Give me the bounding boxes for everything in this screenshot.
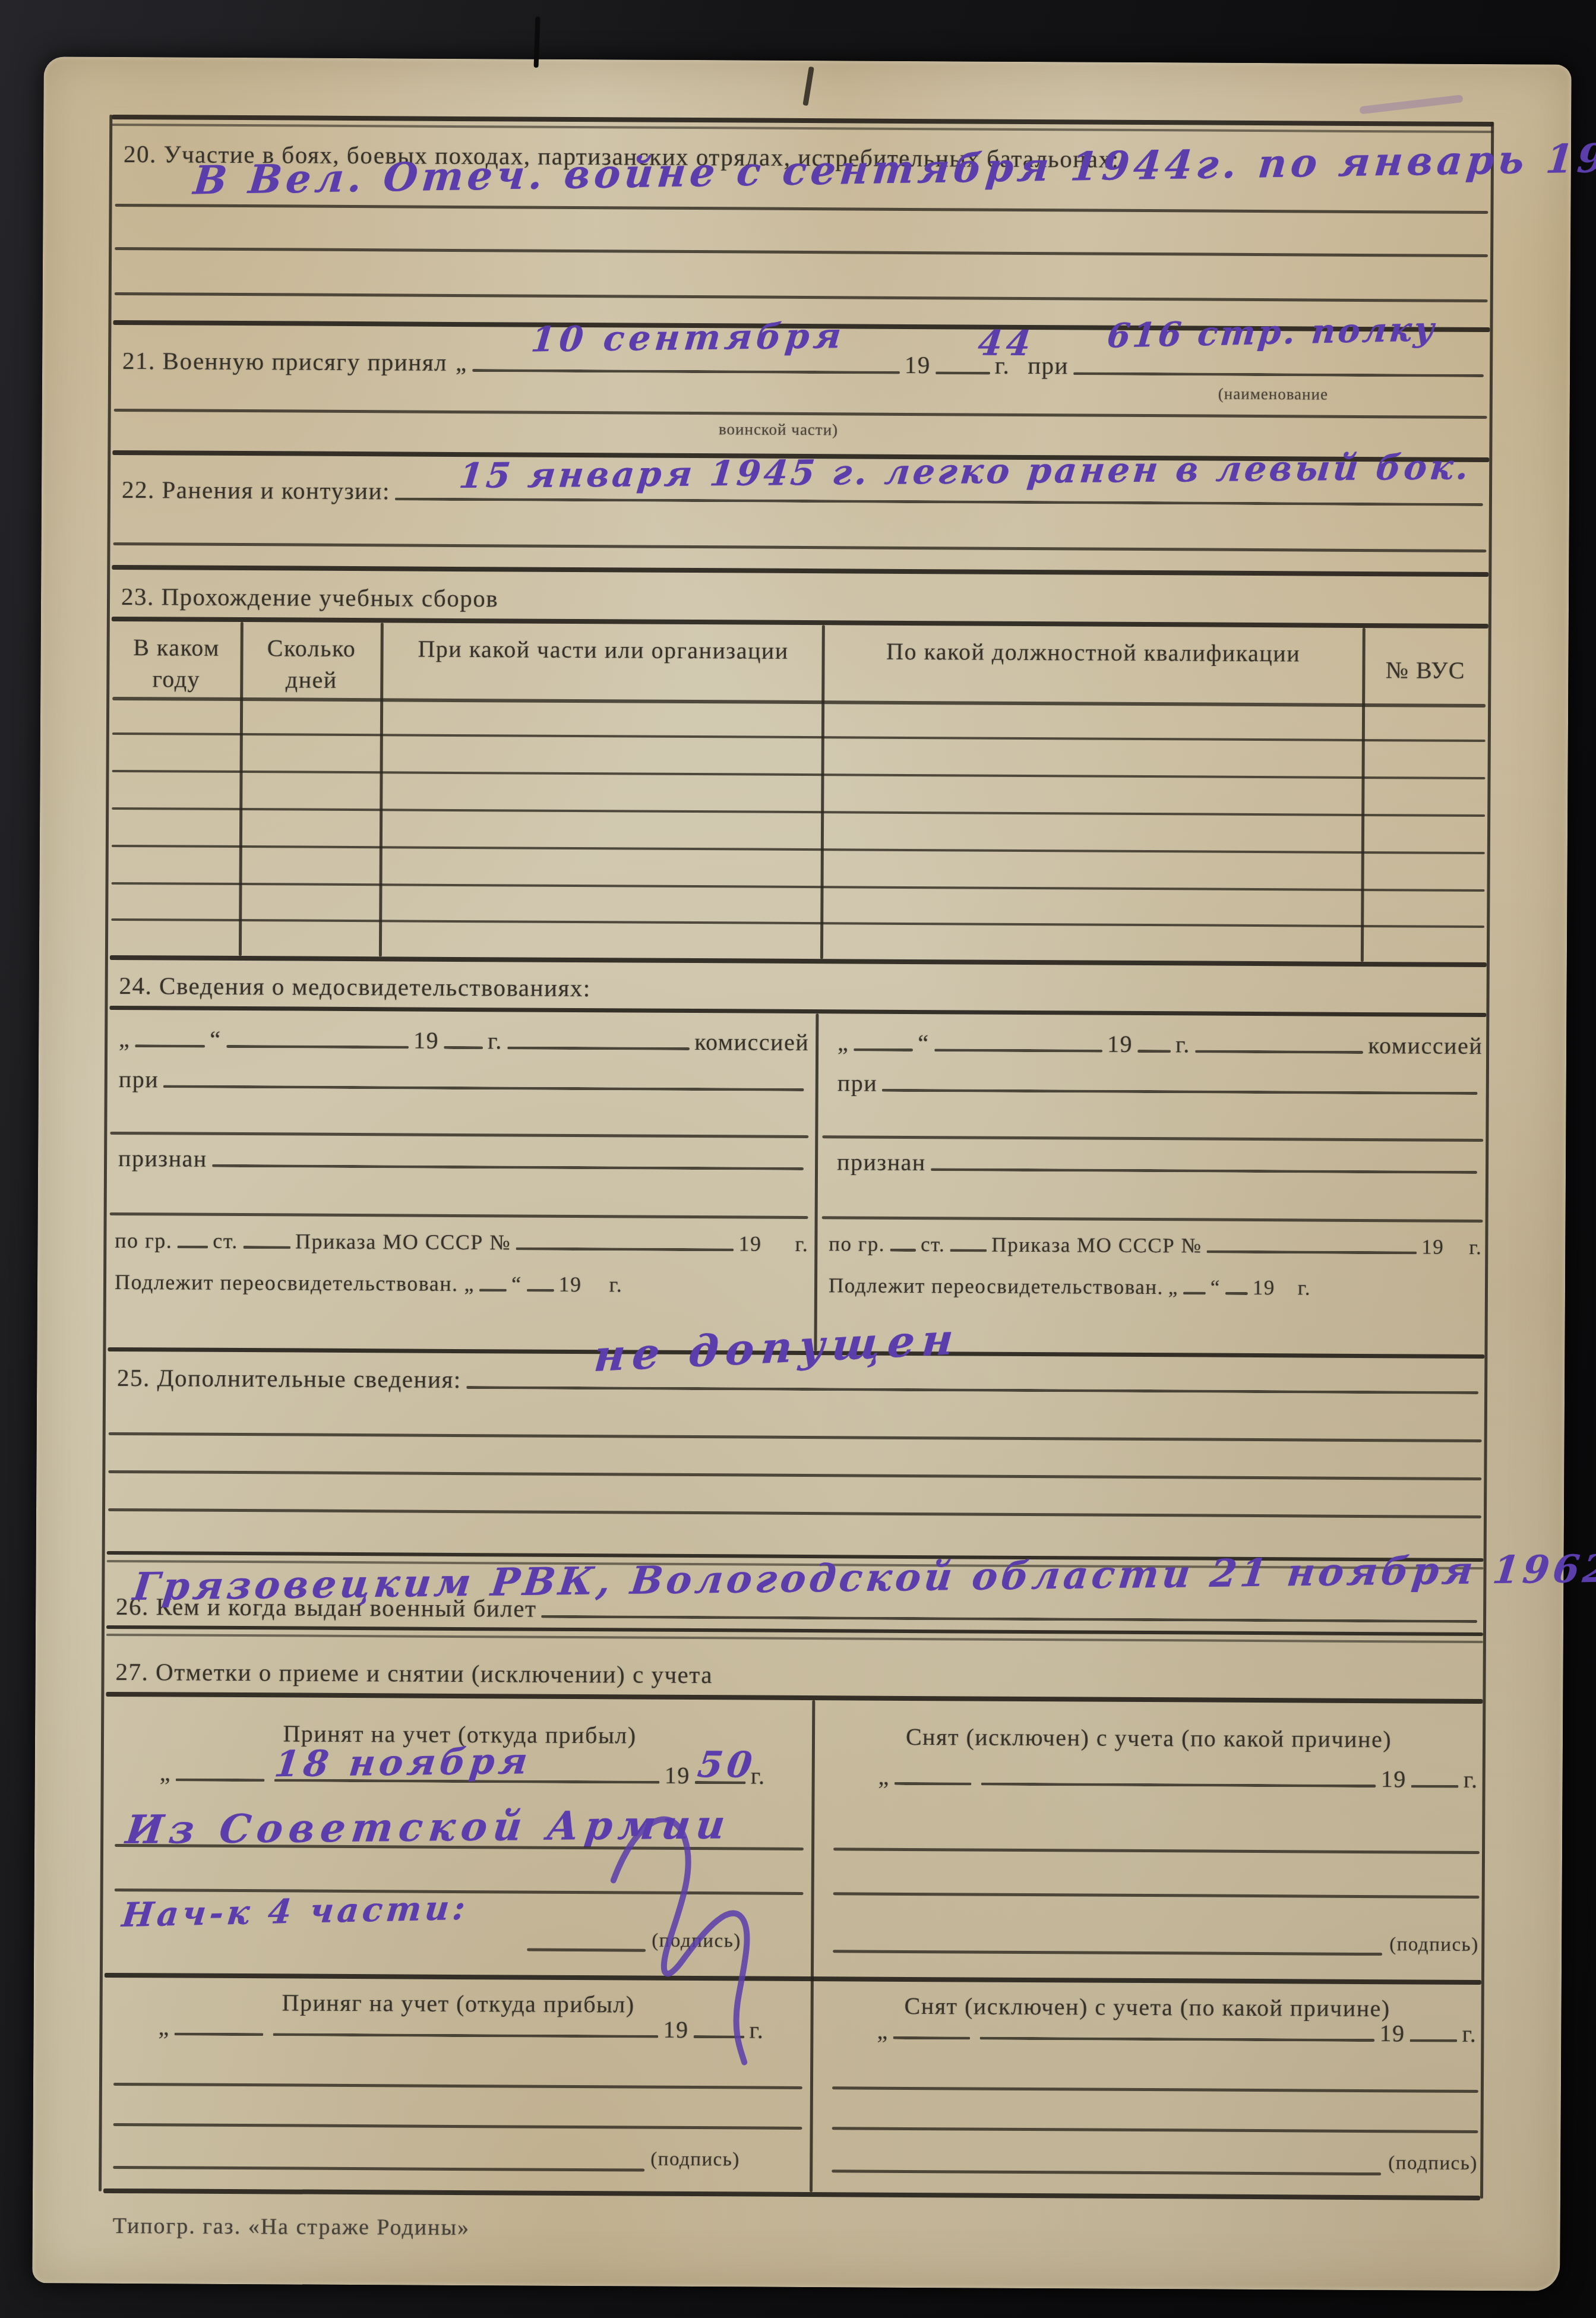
open-quote: „ <box>877 2017 889 2045</box>
accept-row1-year-handwritten: 50 <box>696 1744 759 1786</box>
fill-line <box>176 1779 265 1782</box>
fill-line <box>516 1247 734 1251</box>
close-quote: “ <box>1211 1276 1221 1300</box>
commission-label: комиссией <box>694 1028 809 1056</box>
fill-line <box>175 2033 264 2036</box>
open-quote: „ <box>464 1272 475 1297</box>
ruled-line <box>833 1892 1480 1899</box>
med-right-reexam-line: Подлежит переосвидетельствован. „ “ 19 г… <box>829 1274 1482 1301</box>
remove-row1-date-line: „ 19 г. <box>878 1763 1478 1794</box>
section-23-label: 23. Прохождение учебных сборов <box>121 583 498 612</box>
open-quote: „ <box>160 1759 172 1786</box>
year-prefix: 19 <box>558 1272 581 1297</box>
prikaz-label: Приказа МО СССР № <box>991 1233 1202 1258</box>
section-divider-rule-2 <box>106 1634 1483 1643</box>
fill-line <box>1411 1785 1459 1788</box>
table-row-line <box>112 845 1485 854</box>
accept-row2-podpis-label: (подпись) <box>650 2149 740 2172</box>
remove-row2-date-line: „ 19 г. <box>877 2017 1477 2048</box>
year-suffix: г. <box>1462 2020 1477 2048</box>
podlezhit-label: Подлежит переосвидетельствован. <box>115 1270 459 1297</box>
fill-line <box>767 1248 791 1251</box>
table-27-bottom-rule <box>103 2188 1480 2200</box>
fill-line <box>854 1049 913 1052</box>
frame-right-rule <box>1480 122 1494 2199</box>
priznan-label: признан <box>118 1145 207 1173</box>
fill-line <box>934 1049 1102 1053</box>
document-page: 20. Участие в боях, боевых походах, парт… <box>32 56 1572 2291</box>
table-row-line <box>111 918 1484 928</box>
year-prefix: 19 <box>665 1762 690 1790</box>
ruled-line <box>822 1135 1483 1142</box>
accept-row1-official-handwritten: Нач-к 4 части: <box>120 1888 470 1935</box>
fill-line <box>1073 372 1484 377</box>
year-prefix: 19 <box>1379 2020 1405 2048</box>
year-prefix: 19 <box>1253 1276 1275 1300</box>
pri-label: при <box>119 1066 159 1094</box>
section-21-hint-name: (наименование <box>1218 385 1328 404</box>
year-suffix: г. <box>488 1027 502 1055</box>
table-23-header-qualification: По какой должностной квалификации <box>826 636 1360 670</box>
ink-smudge-mark <box>1359 94 1463 114</box>
med-left-reexam-line: Подлежит переосвидетельствован. „ “ 19 г… <box>115 1270 808 1299</box>
printer-imprint: Типогр. газ. «На страже Родины» <box>113 2213 470 2241</box>
year-prefix: 19 <box>1381 1766 1407 1793</box>
priznan-label: признан <box>837 1148 926 1176</box>
fill-line <box>882 1089 1478 1095</box>
open-quote: „ <box>878 1763 890 1790</box>
ruled-line <box>115 292 1488 302</box>
year-prefix: 19 <box>413 1027 439 1055</box>
fill-line <box>895 1782 972 1786</box>
fill-line <box>212 1164 804 1170</box>
year-suffix: г. <box>1464 1766 1478 1794</box>
ruled-line <box>114 409 1487 419</box>
remove-row2-podpis-label: (подпись) <box>1388 2152 1478 2175</box>
med-left-date-line: „ “ 19 г. комиссией <box>119 1025 809 1056</box>
med-block-top-rule <box>109 1006 1486 1017</box>
close-quote: “ <box>511 1272 522 1297</box>
year-suffix: г. <box>1298 1276 1311 1300</box>
section-divider-rule <box>112 565 1488 577</box>
st-label: ст. <box>213 1229 238 1254</box>
paper-tear-mark <box>802 67 814 106</box>
fill-line <box>466 1386 1478 1394</box>
section-21-unit-handwritten: 616 стр. полку <box>1105 310 1438 356</box>
table-row-line <box>112 770 1486 779</box>
open-quote: „ <box>119 1025 131 1053</box>
table-row-line <box>112 882 1485 892</box>
po-gr-label: по гр. <box>829 1232 885 1256</box>
section-21-label: 21. Военную присягу принял <box>122 347 447 377</box>
pri-label: при <box>837 1069 878 1097</box>
fill-line <box>936 371 990 374</box>
year-suffix: г. <box>795 1232 809 1257</box>
year-prefix: 19 <box>1107 1031 1133 1059</box>
fill-line <box>931 1169 1477 1174</box>
fill-line <box>527 1289 554 1291</box>
prikaz-label: Приказа МО СССР № <box>295 1230 511 1256</box>
fill-line <box>507 1047 690 1051</box>
st-label: ст. <box>921 1233 946 1257</box>
section-21-year-handwritten: 44 <box>976 323 1036 364</box>
ruled-line <box>108 1470 1481 1480</box>
table-row-line <box>112 807 1485 817</box>
ruled-line <box>832 2086 1478 2093</box>
table-23-column-rule <box>379 623 384 956</box>
fill-line <box>1195 1050 1363 1054</box>
fill-line <box>1225 1291 1248 1294</box>
table-23-header-unit: При какой части или организации <box>386 633 820 667</box>
fill-line <box>1206 1250 1417 1254</box>
open-quote: „ <box>837 1029 849 1056</box>
section-21-date-handwritten: 10 сентября <box>529 315 847 360</box>
fill-line <box>444 1046 483 1049</box>
remove-row1-podpis-label: (подпись) <box>1389 1934 1479 1957</box>
signature-line <box>833 1950 1382 1956</box>
table-23-header-vus: № ВУС <box>1365 655 1486 687</box>
signature-line <box>832 2169 1381 2175</box>
fill-line <box>893 2036 971 2040</box>
year-suffix: г. <box>1469 1236 1482 1260</box>
fill-line <box>135 1045 205 1049</box>
ruled-line <box>109 1432 1482 1442</box>
open-quote: „ <box>1168 1275 1178 1300</box>
ruled-line <box>115 204 1488 214</box>
fill-line <box>950 1249 987 1252</box>
year-prefix: 19 <box>1421 1235 1444 1259</box>
fill-line <box>177 1245 208 1248</box>
ruled-line <box>110 1212 808 1219</box>
po-gr-label: по гр. <box>115 1229 172 1253</box>
fill-line <box>587 1289 605 1292</box>
signature-line <box>113 2166 644 2172</box>
fill-line <box>472 369 900 374</box>
fill-line <box>395 497 1483 506</box>
fill-line <box>980 2037 1375 2042</box>
table-row-line <box>112 732 1486 742</box>
fill-line <box>1449 1251 1464 1254</box>
fill-line <box>981 1783 1376 1788</box>
section-24-label: 24. Сведения о медосвидетельствованиях: <box>119 972 591 1002</box>
fill-line <box>243 1246 290 1249</box>
table-27-remove-header: Снят (исключен) с учета (по какой причин… <box>825 1721 1472 1756</box>
section-22-label: 22. Ранения и контузии: <box>122 476 390 506</box>
frame-left-rule <box>99 115 112 2191</box>
table-23-header-year: В каком году <box>112 632 241 696</box>
fill-line <box>1280 1292 1293 1295</box>
table-23-top-rule <box>112 617 1488 629</box>
scanned-military-document: { "s20": { "label": "20. Участие в боях,… <box>0 0 1596 2318</box>
year-prefix: 19 <box>739 1231 762 1256</box>
med-right-priznan-line: признан <box>837 1148 1482 1179</box>
accept-row1-date-handwritten: 18 ноября <box>273 1741 534 1785</box>
section-21-hint-unit: воинской части) <box>647 420 909 440</box>
podlezhit-label: Подлежит переосвидетельствован. <box>829 1274 1164 1300</box>
ruled-line <box>822 1216 1483 1223</box>
med-right-date-line: „ “ 19 г. комиссией <box>837 1029 1483 1060</box>
fill-line <box>1137 1050 1171 1053</box>
fill-line <box>890 1248 916 1251</box>
table-23-bottom-rule <box>110 955 1487 967</box>
section-27-label: 27. Отметки о приеме и снятии (исключени… <box>115 1658 713 1689</box>
table-23-header-days: Сколько дней <box>244 633 380 696</box>
ruled-line <box>110 1132 808 1138</box>
table-27-row-divider-rule <box>105 1973 1481 1985</box>
close-quote: “ <box>918 1029 930 1057</box>
commission-label: комиссией <box>1368 1032 1483 1060</box>
ruled-line <box>113 2083 802 2089</box>
fill-line <box>1409 2039 1457 2042</box>
med-left-order-line: по гр. ст. Приказа МО СССР № 19 г. <box>115 1229 808 1257</box>
fill-line <box>226 1045 409 1049</box>
fill-line <box>1183 1291 1206 1294</box>
year-suffix: г. <box>1175 1031 1190 1059</box>
fill-line <box>541 1615 1477 1622</box>
med-left-pri-line: при <box>119 1066 809 1097</box>
pri-label: при <box>1028 352 1069 380</box>
table-27-divider-rule <box>810 1700 815 2192</box>
ruled-line <box>115 247 1488 257</box>
ruled-line <box>113 2123 802 2130</box>
section-25-label: 25. Дополнительные сведения: <box>117 1364 462 1394</box>
med-right-order-line: по гр. ст. Приказа МО СССР № 19 г. <box>829 1232 1482 1259</box>
open-quote: „ <box>158 2013 170 2041</box>
med-block-divider-rule <box>814 1013 818 1351</box>
table-23-header-bottom-rule <box>112 697 1486 708</box>
med-left-priznan-line: признан <box>118 1145 808 1176</box>
year-suffix: г. <box>609 1272 622 1297</box>
ruled-line <box>113 542 1487 552</box>
close-quote: “ <box>210 1026 222 1053</box>
signature-scribble <box>595 1797 786 2071</box>
ruled-line <box>108 1508 1481 1518</box>
fill-line <box>163 1085 804 1092</box>
fill-line <box>479 1289 507 1291</box>
open-quote: „ <box>456 349 467 377</box>
med-right-pri-line: при <box>837 1069 1483 1100</box>
table-23-column-rule <box>820 625 825 959</box>
ruled-line <box>832 2127 1478 2133</box>
year-prefix: 19 <box>905 351 931 380</box>
ruled-line <box>833 1848 1480 1854</box>
table-27-top-rule <box>106 1692 1483 1704</box>
